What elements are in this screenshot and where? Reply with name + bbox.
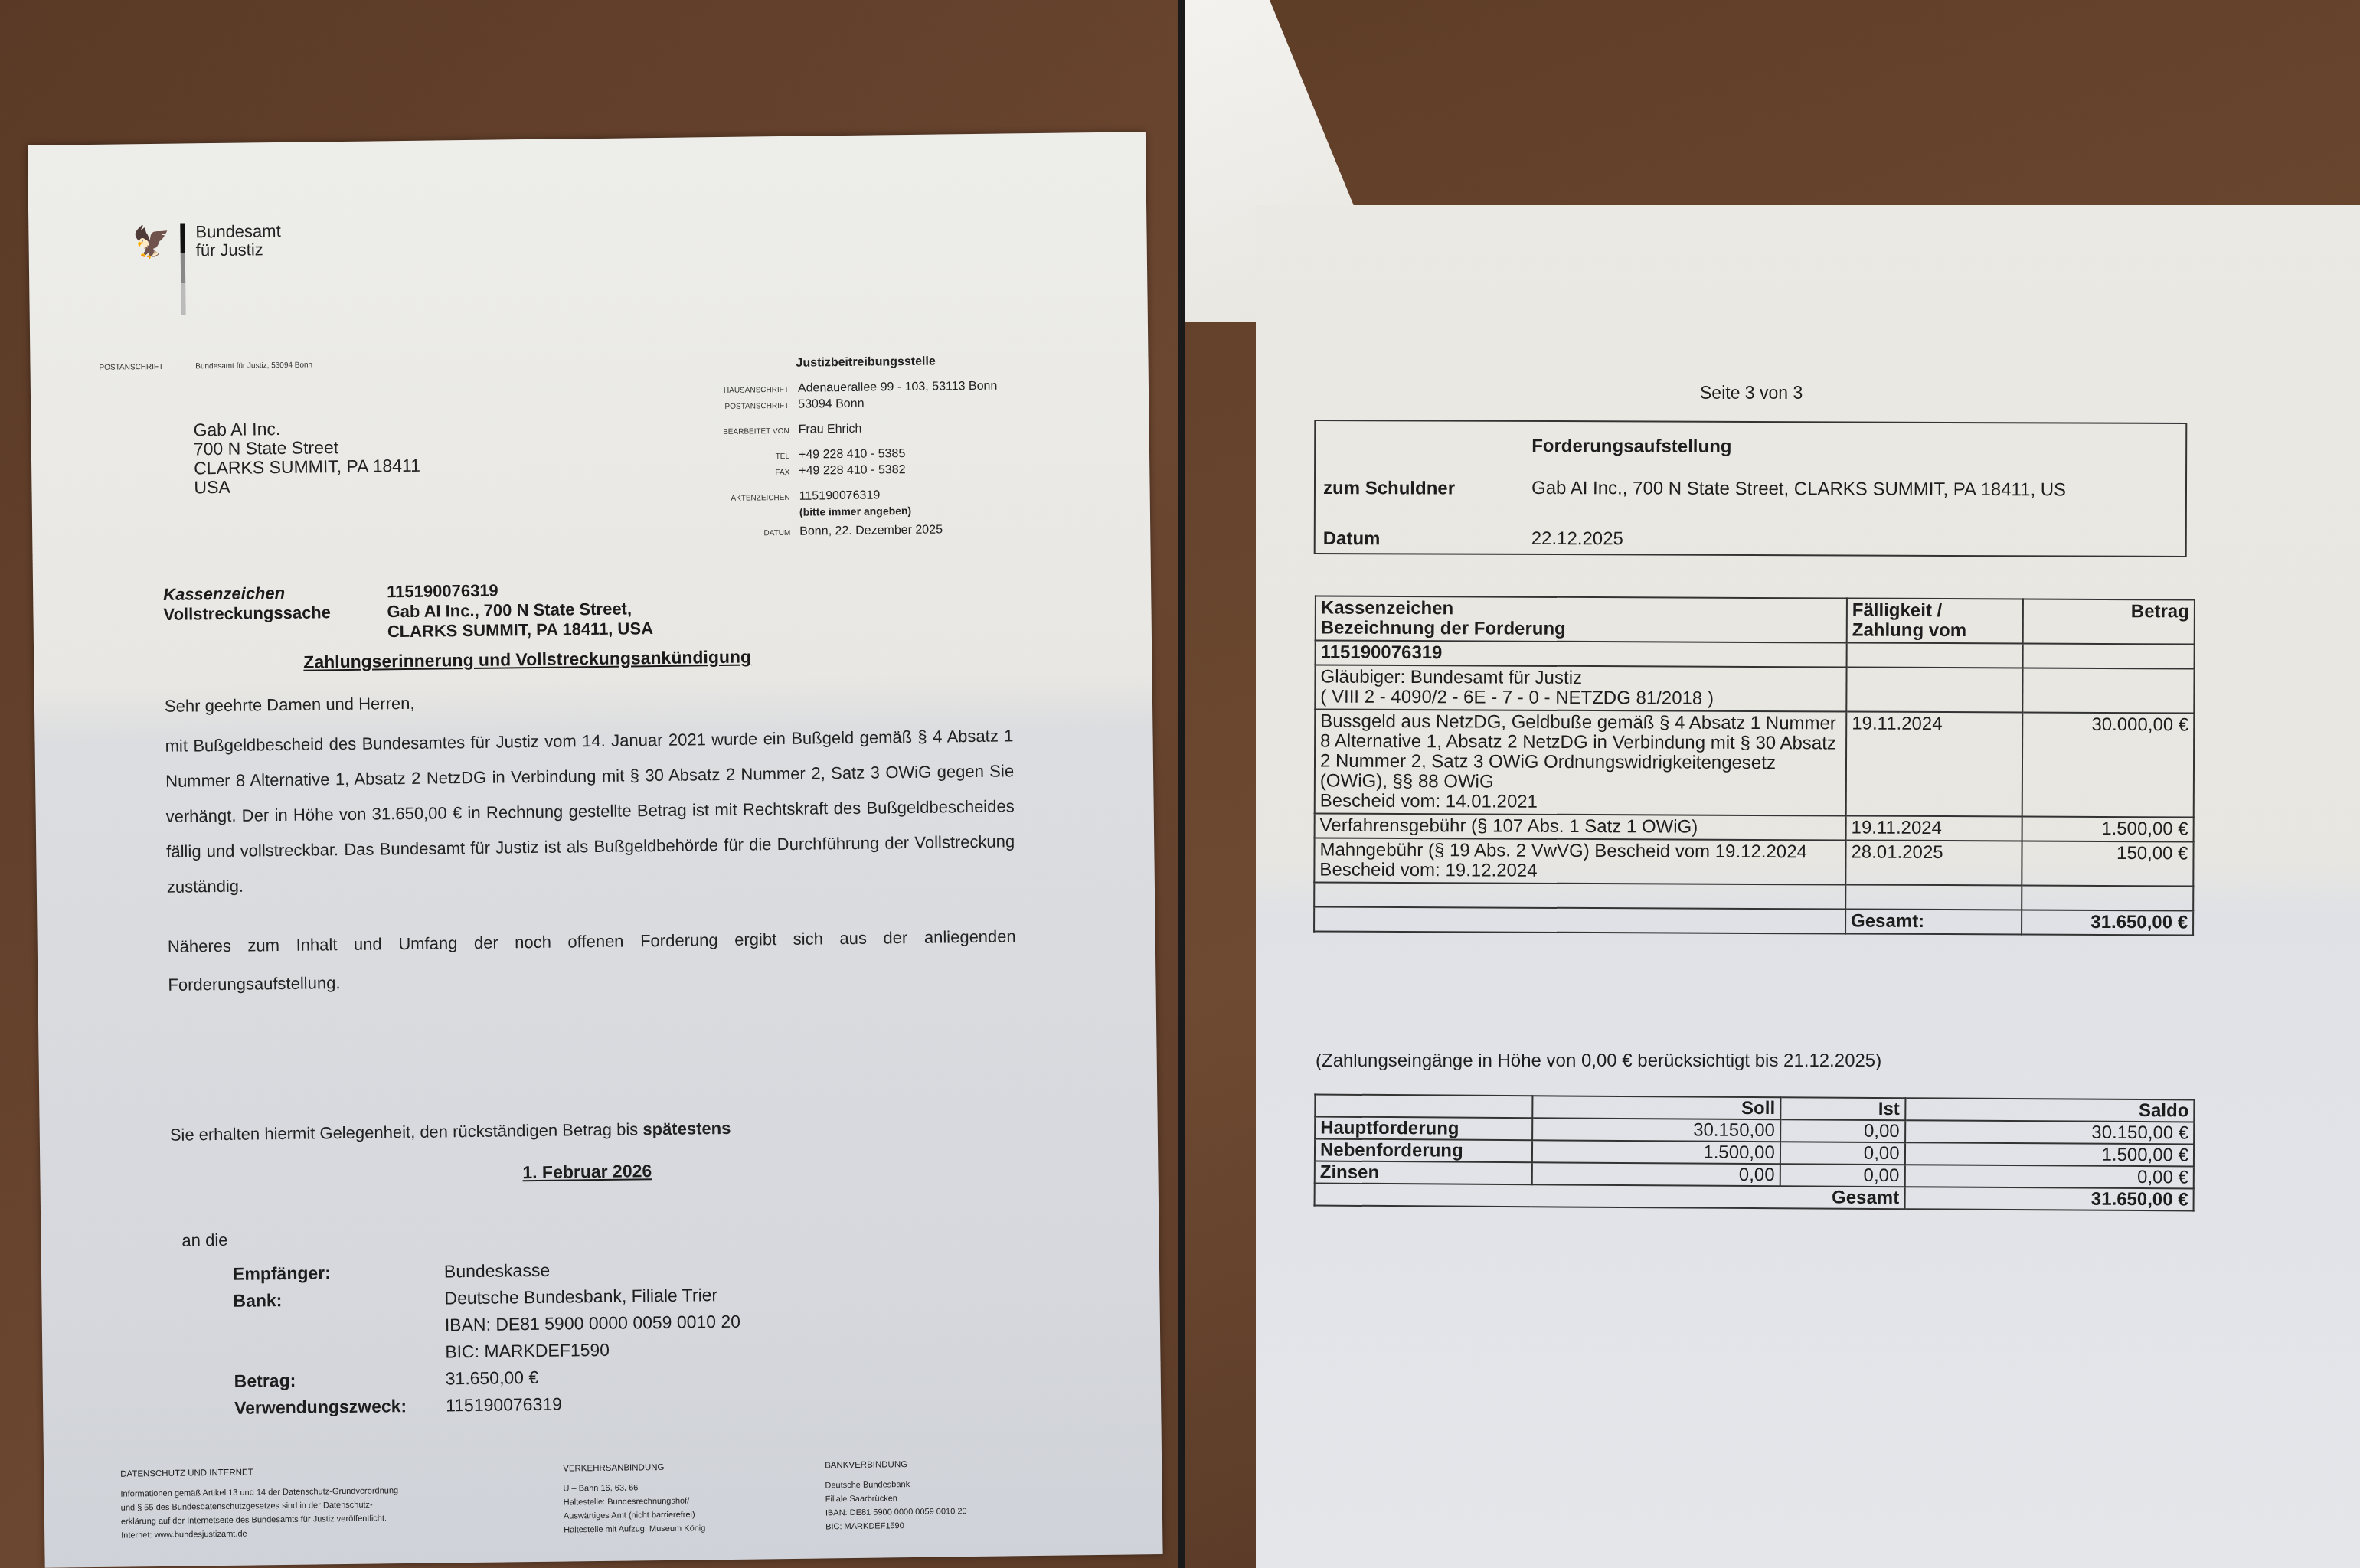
claim-amount: 1.500,00 €	[2022, 817, 2194, 842]
schuldner-label: zum Schuldner	[1323, 478, 1531, 500]
footer-bank: BANKVERBINDUNG Deutsche Bundesbank Filia…	[825, 1457, 967, 1534]
footer-line: Deutsche Bundesbank	[825, 1477, 966, 1492]
letter-title: Zahlungserinnerung und Vollstreckungsank…	[303, 647, 751, 673]
payment-details: Empfänger:Bundeskasse Bank:Deutsche Bund…	[233, 1255, 742, 1422]
table-row: Mahngebühr (§ 19 Abs. 2 VwVG) Bescheid v…	[1314, 838, 2193, 886]
bic-value: BIC: MARKDEF1590	[445, 1337, 610, 1366]
saldo-value: 30.150,00 €	[1905, 1120, 2195, 1144]
kassenzeichen-cell: 115190076319	[1316, 640, 1847, 667]
department-name: Justizbeitreibungsstelle	[796, 354, 997, 371]
deadline-sentence: Sie erhalten hiermit Gelegenheit, den rü…	[170, 1119, 731, 1145]
datum-label: Datum	[1323, 528, 1531, 550]
logo-line-1: Bundesamt	[195, 222, 281, 241]
letter-body: Sehr geehrte Damen und Herren, mit Bußge…	[165, 678, 1017, 1012]
footer-line: Filiale Saarbrücken	[825, 1491, 967, 1506]
fax-label: FAX	[682, 469, 799, 479]
hausanschrift-label: HAUSANSCHRIFT	[682, 386, 798, 396]
footer-datenschutz: DATENSCHUTZ UND INTERNET Informationen g…	[120, 1462, 564, 1543]
header-ist: Ist	[1780, 1097, 1905, 1120]
tel-label: TEL	[682, 452, 799, 462]
letterhead-logo: 🦅 Bundesamt für Justiz	[132, 222, 282, 315]
office-info-block: Justizbeitreibungsstelle HAUSANSCHRIFTAd…	[681, 354, 999, 542]
balance-header-empty	[1315, 1094, 1532, 1118]
empfaenger-label: Empfänger:	[233, 1258, 444, 1287]
datum-label: DATUM	[683, 529, 799, 539]
statement-page: Seite 3 von 3 Forderungsaufstellung zum …	[1256, 205, 2360, 1568]
schuldner-value: Gab AI Inc., 700 N State Street, CLARKS …	[1531, 479, 2159, 502]
claim-amount: 150,00 €	[2022, 841, 2193, 887]
tel-value: +49 228 410 - 5385	[799, 446, 905, 462]
header-zahlung-vom: Zahlung vom	[1852, 621, 2018, 642]
header-faelligkeit: Fälligkeit /	[1852, 601, 2018, 622]
due-date: 1. Februar 2026	[522, 1161, 652, 1183]
footer-line: Haltestelle mit Aufzug: Museum König	[564, 1520, 825, 1537]
saldo-value: 0,00 €	[1904, 1165, 2194, 1188]
claim-date: 19.11.2024	[1846, 712, 2023, 817]
recipient-address: Gab AI Inc. 700 N State Street CLARKS SU…	[193, 418, 420, 498]
header-bezeichnung: Bezeichnung der Forderung	[1321, 619, 1842, 641]
case-meta: Kassenzeichen115190076319 Vollstreckungs…	[163, 579, 653, 645]
balance-total-row: Gesamt 31.650,00 €	[1315, 1183, 2194, 1210]
fax-value: +49 228 410 - 5382	[799, 462, 905, 479]
balance-total-label: Gesamt	[1315, 1183, 1905, 1209]
glaeubiger-reference: ( VIII 2 - 4090/2 - 6E - 7 - 0 - NETZDG …	[1320, 688, 1841, 710]
recipient-line: CLARKS SUMMIT, PA 18411	[194, 456, 420, 479]
sender-label: POSTANSCHRIFT	[99, 363, 163, 372]
vollstreckungssache-label: Vollstreckungssache	[163, 602, 387, 625]
aktenzeichen-label: AKTENZEICHEN	[683, 494, 799, 504]
footer-verkehr: VERKEHRSANBINDUNG U – Bahn 16, 63, 66 Ha…	[563, 1459, 825, 1537]
letter-footer: DATENSCHUTZ UND INTERNET Informationen g…	[120, 1457, 967, 1542]
paragraph-1: mit Bußgeldbescheid des Bundesamtes für …	[165, 718, 1015, 905]
statement-header-box: Forderungsaufstellung zum Schuldner Gab …	[1314, 420, 2188, 557]
row-label: Nebenforderung	[1315, 1138, 1532, 1162]
row-label: Zinsen	[1315, 1161, 1532, 1184]
sender-return-line: POSTANSCHRIFT Bundesamt für Justiz, 5309…	[99, 361, 312, 371]
logo-line-2: für Justiz	[196, 240, 282, 260]
logo-color-bar	[180, 223, 185, 315]
aktenzeichen-value: 115190076319	[799, 488, 881, 503]
betrag-label: Betrag:	[234, 1365, 446, 1394]
header-betrag: Betrag	[2023, 599, 2195, 645]
vollstreckungssache-line1: Gab AI Inc., 700 N State Street,	[387, 599, 632, 622]
soll-value: 1.500,00	[1532, 1140, 1780, 1164]
table-row: Bussgeld aus NetzDG, Geldbuße gemäß § 4 …	[1315, 709, 2195, 817]
table-row: 115190076319	[1316, 640, 2195, 668]
total-amount: 31.650,00 €	[2022, 910, 2193, 936]
balance-table: Soll Ist Saldo Hauptforderung 30.150,00 …	[1314, 1093, 2195, 1211]
greeting: Sehr geehrte Damen und Herren,	[165, 678, 1013, 724]
bearbeitet-label: BEARBEITET VON	[682, 427, 799, 437]
table-row-empty	[1314, 882, 2193, 910]
verwendungszweck-value: 115190076319	[446, 1391, 562, 1419]
bank-value: Deutsche Bundesbank, Filiale Trier	[444, 1282, 717, 1312]
table-row: Verfahrensgebühr (§ 107 Abs. 1 Satz 1 OW…	[1315, 813, 2194, 841]
vollstreckungssache-line2: CLARKS SUMMIT, PA 18411, USA	[387, 619, 653, 642]
claim-bescheid: Bescheid vom: 19.12.2024	[1319, 861, 1840, 883]
soll-value: 30.150,00	[1532, 1118, 1780, 1142]
hausanschrift-value: Adenauerallee 99 - 103, 53113 Bonn	[798, 379, 998, 396]
table-row: Gläubiger: Bundesamt für Justiz( VIII 2 …	[1315, 665, 2194, 713]
claim-bescheid: Bescheid vom: 14.01.2021	[1320, 792, 1841, 814]
claims-header-row: KassenzeichenBezeichnung der Forderung F…	[1316, 596, 2195, 644]
claims-total-row: Gesamt: 31.650,00 €	[1314, 906, 2193, 935]
footer-heading: VERKEHRSANBINDUNG	[563, 1459, 825, 1475]
betrag-value: 31.650,00 €	[446, 1364, 539, 1392]
footer-heading: DATENSCHUTZ UND INTERNET	[120, 1462, 563, 1481]
federal-eagle-icon: 🦅	[132, 224, 168, 263]
deadline-emphasis: spätestens	[642, 1119, 731, 1138]
sender-value: Bundesamt für Justiz, 53094 Bonn	[195, 361, 312, 371]
header-soll: Soll	[1532, 1096, 1780, 1119]
bearbeitet-value: Frau Ehrich	[798, 422, 861, 437]
letter-page: 🦅 Bundesamt für Justiz POSTANSCHRIFT Bun…	[28, 132, 1163, 1568]
kassenzeichen-label: Kassenzeichen	[163, 582, 387, 605]
balance-total-amount: 31.650,00 €	[1904, 1187, 2194, 1210]
postanschrift-label: POSTANSCHRIFT	[682, 402, 798, 412]
header-saldo: Saldo	[1905, 1098, 2195, 1122]
page-number: Seite 3 von 3	[1700, 383, 1803, 403]
payments-note: (Zahlungseingänge in Höhe von 0,00 € ber…	[1316, 1050, 1881, 1072]
ist-value: 0,00	[1780, 1142, 1905, 1165]
saldo-value: 1.500,00 €	[1904, 1142, 2194, 1166]
datum-value: 22.12.2025	[1531, 529, 2159, 553]
iban-value: IBAN: DE81 5900 0000 0059 0010 20	[445, 1308, 741, 1339]
ist-value: 0,00	[1780, 1119, 1905, 1142]
recipient-line: USA	[194, 475, 420, 498]
datum-value: Bonn, 22. Dezember 2025	[799, 522, 943, 538]
claim-description: Bussgeld aus NetzDG, Geldbuße gemäß § 4 …	[1320, 712, 1841, 794]
footer-line: IBAN: DE81 5900 0000 0059 0010 20	[825, 1504, 967, 1520]
paragraph-2: Näheres zum Inhalt und Umfang der noch o…	[167, 917, 1016, 1004]
footer-heading: BANKVERBINDUNG	[825, 1457, 966, 1472]
total-label: Gesamt:	[1845, 910, 2022, 935]
kassenzeichen-value: 115190076319	[387, 581, 498, 603]
aktenzeichen-note: (bitte immer angeben)	[799, 504, 911, 520]
bank-label: Bank:	[233, 1285, 444, 1314]
empfaenger-value: Bundeskasse	[444, 1257, 551, 1285]
claim-description: Verfahrensgebühr (§ 107 Abs. 1 Satz 1 OW…	[1315, 813, 1846, 840]
photo-divider	[1178, 0, 1185, 1568]
claim-date: 28.01.2025	[1845, 841, 2022, 886]
ist-value: 0,00	[1780, 1164, 1905, 1187]
row-label: Hauptforderung	[1315, 1116, 1532, 1140]
postanschrift-value: 53094 Bonn	[798, 397, 865, 412]
verwendungszweck-label: Verwendungszweck:	[234, 1392, 446, 1421]
deadline-text: Sie erhalten hiermit Gelegenheit, den rü…	[170, 1119, 639, 1144]
claim-amount: 30.000,00 €	[2022, 713, 2195, 818]
statement-title: Forderungsaufstellung	[1531, 436, 1731, 458]
an-die: an die	[181, 1230, 227, 1251]
recipient-line: Gab AI Inc.	[193, 418, 420, 440]
footer-line: BIC: MARKDEF1590	[825, 1518, 967, 1534]
soll-value: 0,00	[1532, 1162, 1780, 1186]
claims-table: KassenzeichenBezeichnung der Forderung F…	[1313, 595, 2195, 936]
claim-date: 19.11.2024	[1846, 816, 2022, 841]
